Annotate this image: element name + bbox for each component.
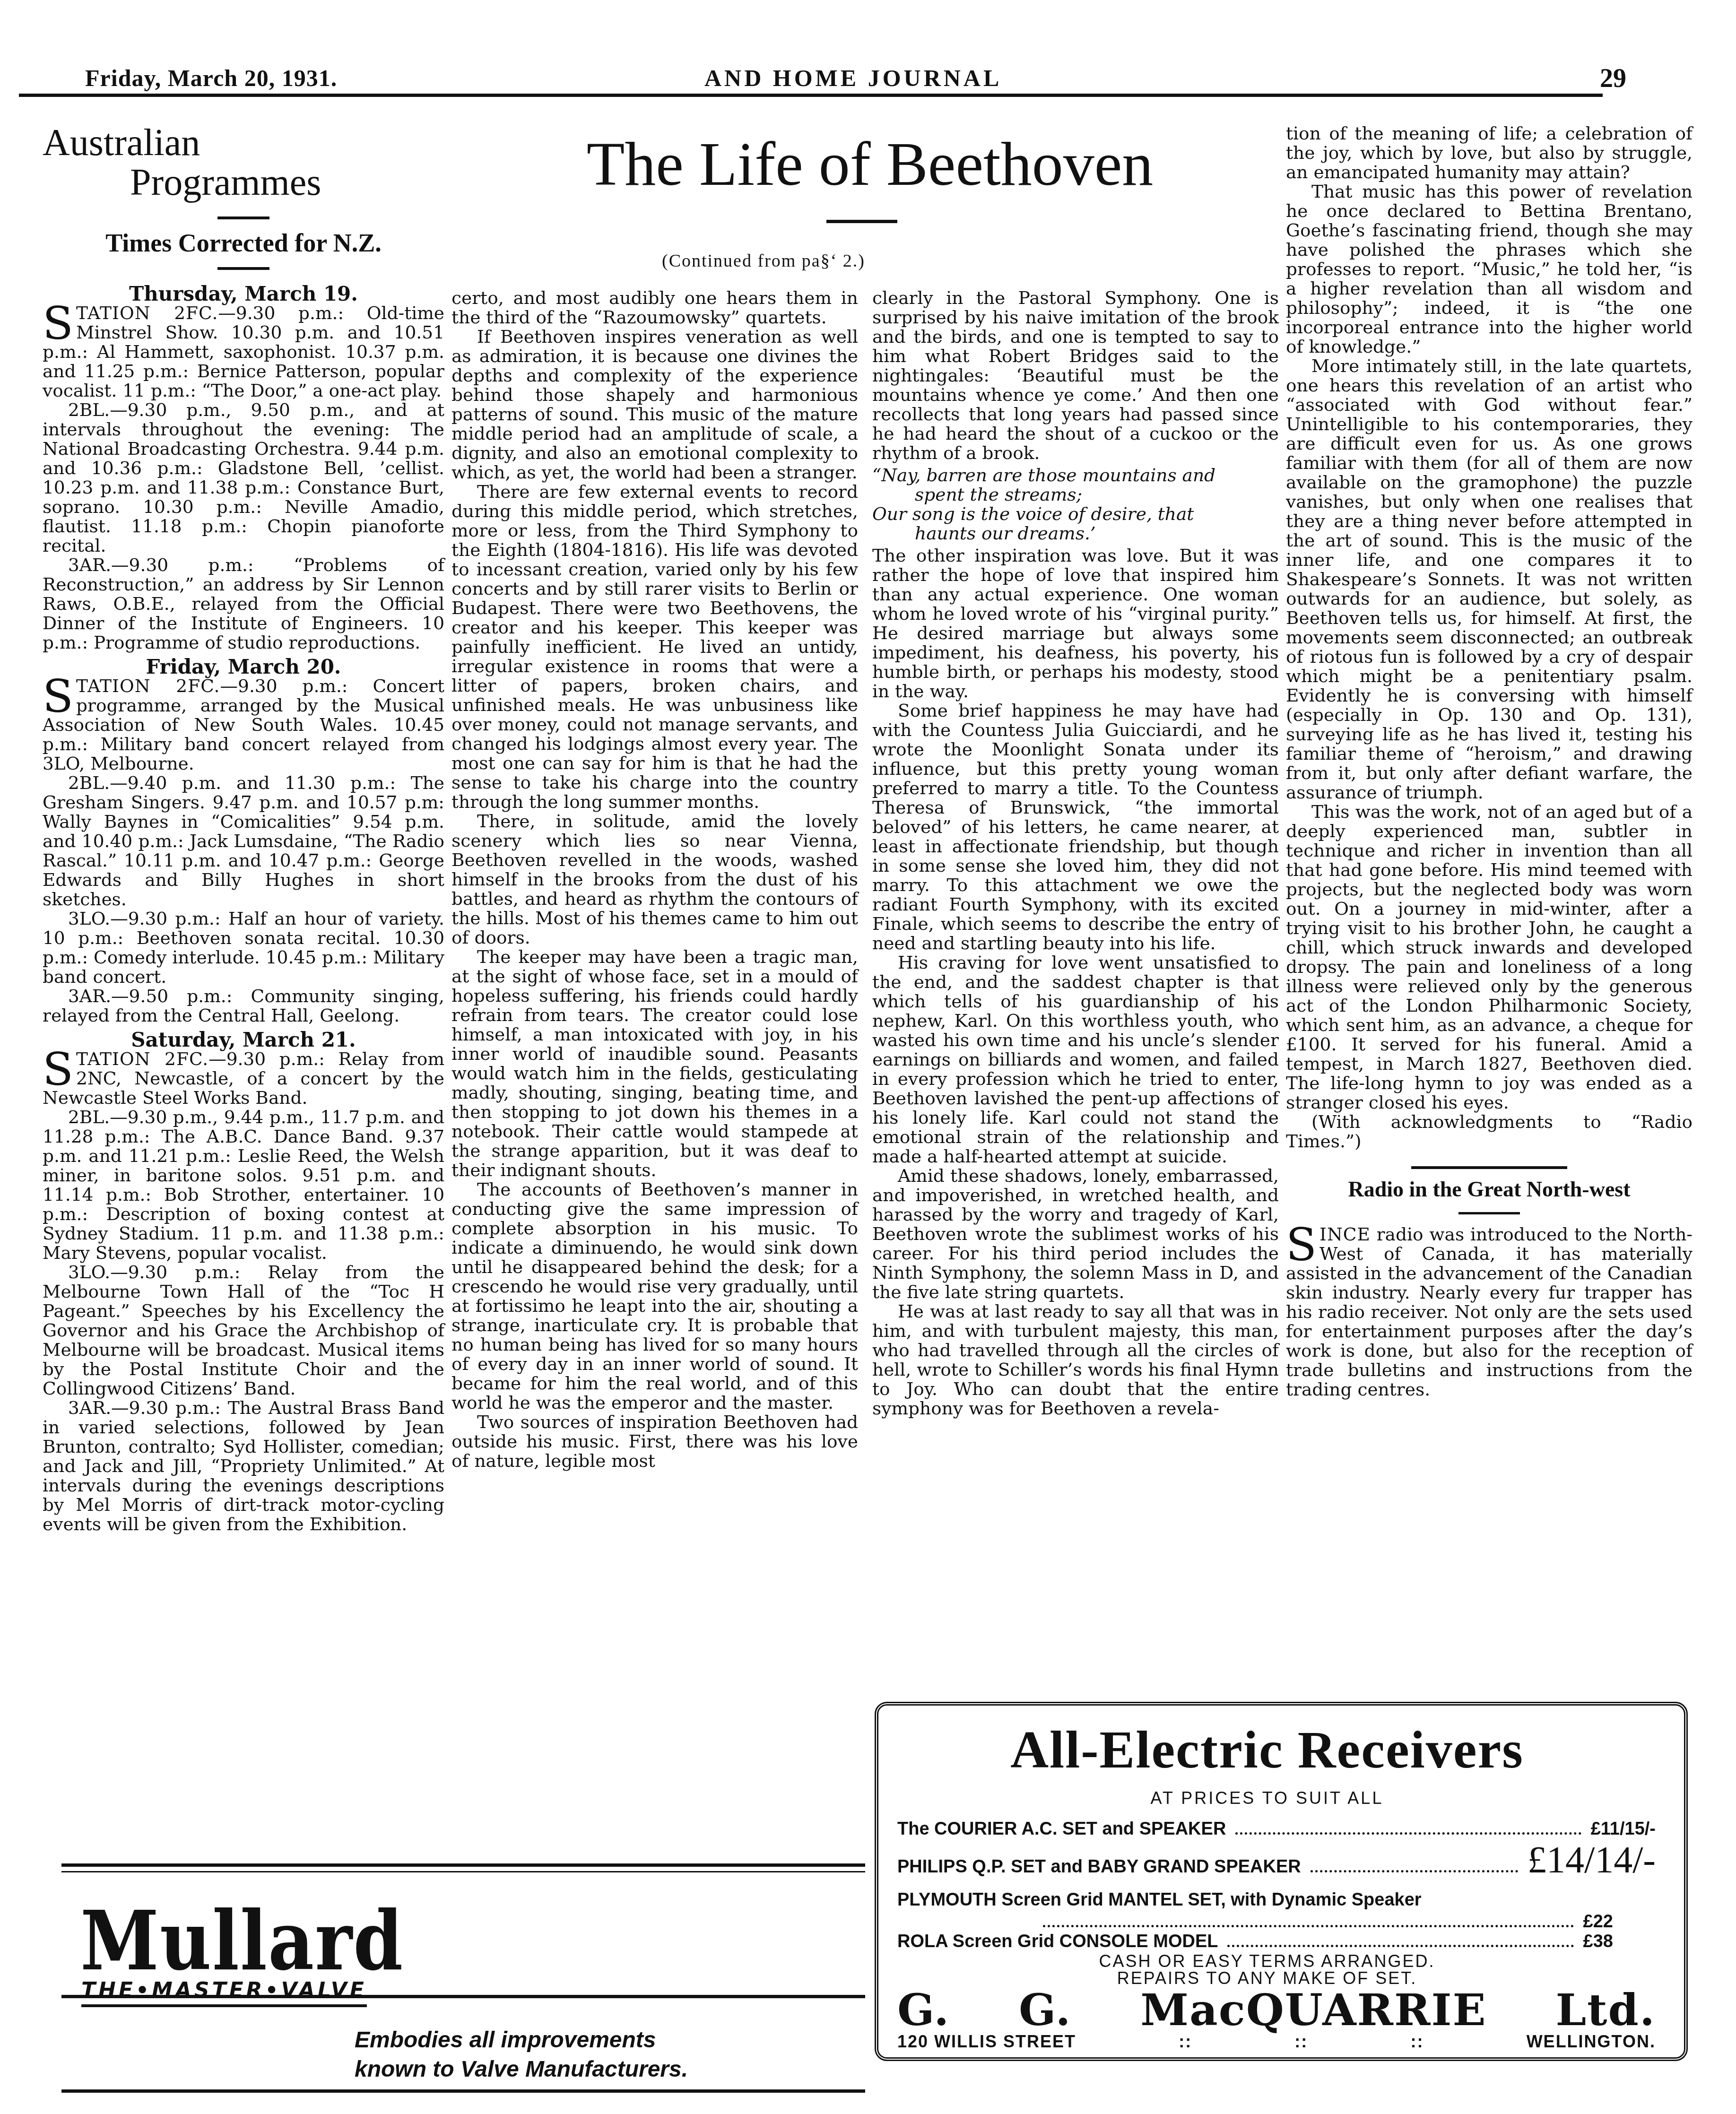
programme-entry: 3LO.—9.30 p.m.: Half an hour of variety.… — [43, 909, 444, 987]
programme-text: —9.30 p.m.: The Austral Brass Band in va… — [43, 1397, 444, 1534]
article-paragraph: Some brief happiness he may have had wit… — [872, 701, 1279, 953]
masthead-rule — [19, 94, 1603, 97]
article-paragraph: clearly in the Pastoral Symphony. One is… — [872, 288, 1279, 463]
programmes-subtitle: Times Corrected for N.Z. — [43, 234, 444, 253]
article-paragraph: Two sources of inspiration Beethoven had… — [451, 1412, 858, 1471]
firm-name: G. G. MacQUARRIE Ltd. — [897, 1984, 1656, 2036]
page-number: 29 — [1600, 63, 1626, 94]
station-name: 3AR. — [68, 1397, 111, 1418]
article-headline: The Life of Beethoven — [444, 128, 1295, 200]
article-paragraph: The keeper may have been a tragic man, a… — [451, 947, 858, 1180]
station-name: 2BL. — [68, 772, 110, 793]
verse-line: haunts our dreams.’ — [872, 524, 1279, 543]
price-row: Speaker £22 — [897, 1912, 1656, 1932]
programme-entry: 2BL.—9.30 p.m., 9.50 p.m., and at interv… — [43, 400, 444, 555]
radio-article-text: radio was introduced to the North-West o… — [1286, 1224, 1693, 1400]
mullard-tagline: THE•MASTER•VALVE — [81, 1978, 367, 2007]
article-column-2: certo, and most audibly one hears them i… — [451, 288, 858, 1471]
city: WELLINGTON. — [1527, 2032, 1656, 2052]
article-paragraph: More intimately still, in the late quart… — [1286, 356, 1693, 802]
article-paragraph: (With acknowledgments to “Radio Times.”) — [1286, 1112, 1693, 1151]
programme-days: Thursday, March 19.STATION 2FC.—9.30 p.m… — [43, 284, 444, 1534]
programme-entry: 3LO.—9.30 p.m.: Relay from the Melbourne… — [43, 1263, 444, 1398]
article-paragraph: The other inspiration was love. But it w… — [872, 546, 1279, 701]
day-heading: Saturday, March 21. — [43, 1030, 444, 1049]
issue-date: Friday, March 20, 1931. — [85, 64, 337, 92]
programme-text: —9.40 p.m. and 11.30 p.m.: The Gresham S… — [43, 772, 444, 910]
article-paragraph: tion of the meaning of life; a celebrati… — [1286, 124, 1693, 182]
leader-dots — [1235, 1832, 1581, 1835]
ad-rule — [61, 1871, 865, 1872]
col3-before-verse: clearly in the Pastoral Symphony. One is… — [872, 288, 1279, 463]
price-row: PLYMOUTH Screen Grid MANTEL SET, with Dy… — [897, 1890, 1488, 1910]
firm-address: 120 WILLIS STREET :: :: :: WELLINGTON. — [897, 2032, 1656, 2052]
item-price: £22 — [1583, 1912, 1656, 1932]
programme-entry: STATION 2FC.—9.30 p.m.: Concert programm… — [43, 676, 444, 773]
ad-title: All-Electric Receivers — [878, 1720, 1656, 1781]
item-price: £11/15/- — [1591, 1819, 1656, 1839]
divider — [217, 267, 269, 270]
mullard-slogan: Embodies all improvements known to Valve… — [355, 2026, 688, 2084]
programme-text: —9.30 p.m.: Relay from the Melbourne Tow… — [43, 1262, 444, 1399]
price-row: ROLA Screen Grid CONSOLE MODEL £38 — [897, 1932, 1656, 1952]
firm-part: G. — [1019, 1984, 1071, 2036]
item-price: £38 — [1583, 1932, 1656, 1952]
price-row: PHILIPS Q.P. SET and BABY GRAND SPEAKER … — [897, 1839, 1656, 1882]
article-paragraph: His craving for love went unsatisfied to… — [872, 953, 1279, 1166]
item-name: PLYMOUTH Screen Grid MANTEL SET, with Dy… — [897, 1890, 1422, 1910]
price-row: The COURIER A.C. SET and SPEAKER £11/15/… — [897, 1819, 1656, 1839]
slogan-line: Embodies all improvements — [355, 2026, 688, 2055]
firm-part: G. — [897, 1984, 950, 2036]
article-paragraph: He was at last ready to say all that was… — [872, 1302, 1279, 1418]
article-paragraph: The accounts of Beethoven’s manner in co… — [451, 1180, 858, 1412]
slogan-line: known to Valve Manufacturers. — [355, 2055, 688, 2084]
mullard-advertisement: Mullard THE•MASTER•VALVE Embodies all im… — [52, 1853, 870, 2099]
divider — [217, 217, 269, 219]
leader-dots — [1043, 1925, 1574, 1927]
station-name: 3AR. — [68, 554, 111, 575]
station-name: 3LO. — [68, 1262, 110, 1282]
verse-line: spent the streams; — [872, 485, 1279, 504]
newspaper-page: Friday, March 20, 1931. AND HOME JOURNAL… — [0, 0, 1736, 2114]
separator: :: — [1411, 2032, 1424, 2052]
programme-text: —9.30 p.m., 9.44 p.m., 11.7 p.m. and 11.… — [43, 1107, 444, 1263]
drop-cap: S — [43, 305, 73, 342]
programme-entry: STATION 2FC.—9.30 p.m.: Old-time Minstre… — [43, 303, 444, 400]
day-heading: Friday, March 20. — [43, 657, 444, 676]
article-paragraph: certo, and most audibly one hears them i… — [451, 288, 858, 327]
item-name: ROLA Screen Grid CONSOLE MODEL — [897, 1932, 1218, 1952]
leader-dots — [1311, 1870, 1518, 1872]
ad-rule — [61, 1995, 865, 1998]
item-name: The COURIER A.C. SET and SPEAKER — [897, 1819, 1226, 1839]
programme-entry: 3AR.—9.30 p.m.: “Problems of Reconstruct… — [43, 555, 444, 652]
verse-line: Our song is the voice of desire, that — [872, 504, 1279, 524]
mullard-brand: Mullard — [80, 1893, 404, 1989]
article-column-4: tion of the meaning of life; a celebrati… — [1286, 124, 1693, 1399]
firm-part: MacQUARRIE — [1140, 1984, 1486, 2036]
macquarrie-advertisement: All-Electric Receivers AT PRICES TO SUIT… — [875, 1702, 1688, 2061]
article-paragraph: There are few external events to record … — [451, 482, 858, 812]
station-name: 2BL. — [68, 399, 110, 420]
programme-entry: 3AR.—9.50 p.m.: Community singing, relay… — [43, 987, 444, 1025]
drop-cap: S — [43, 1051, 73, 1088]
programme-text: —9.30 p.m., 9.50 p.m., and at intervals … — [43, 399, 444, 556]
article-paragraph: There, in solitude, amid the lovely scen… — [451, 812, 858, 947]
programme-entry: STATION 2FC.—9.30 p.m.: Relay from 2NC, … — [43, 1049, 444, 1108]
divider — [1411, 1166, 1567, 1169]
programme-entry: 3AR.—9.30 p.m.: The Austral Brass Band i… — [43, 1398, 444, 1534]
programmes-title: Australian Programmes — [43, 123, 444, 202]
programmes-title-line2: Programmes — [43, 163, 444, 202]
firm-part: Ltd. — [1555, 1984, 1656, 2036]
lead-word: INCE — [1319, 1224, 1371, 1245]
drop-cap: S — [43, 678, 73, 715]
article-paragraph: This was the work, not of an aged but of… — [1286, 802, 1693, 1112]
station-name: 2BL. — [68, 1107, 110, 1127]
continued-note: (Continued from pa§ʻ 2.) — [662, 251, 865, 271]
australian-programmes-column: Australian Programmes Times Corrected fo… — [43, 123, 444, 1534]
drop-cap: S — [1286, 1227, 1317, 1264]
ad-rule — [61, 2089, 865, 2093]
article-paragraph: If Beethoven inspires veneration as well… — [451, 327, 858, 482]
poem-quote: “Nay, barren are those mountains and spe… — [872, 466, 1279, 543]
article-paragraph: Amid these shadows, lonely, embarrassed,… — [872, 1166, 1279, 1302]
separator: :: — [1179, 2032, 1192, 2052]
station-name: TATION 2FC. — [76, 303, 218, 323]
item-name: PHILIPS Q.P. SET and BABY GRAND SPEAKER — [897, 1857, 1301, 1877]
day-heading: Thursday, March 19. — [43, 284, 444, 303]
programme-entry: 2BL.—9.30 p.m., 9.44 p.m., 11.7 p.m. and… — [43, 1108, 444, 1263]
ad-subtitle: AT PRICES TO SUIT ALL — [878, 1788, 1656, 1808]
col4-body: tion of the meaning of life; a celebrati… — [1286, 124, 1693, 1151]
station-name: TATION 2FC. — [76, 676, 220, 696]
station-name: 3LO. — [68, 908, 110, 929]
col3-after-verse: The other inspiration was love. But it w… — [872, 546, 1279, 1418]
article-column-3: clearly in the Pastoral Symphony. One is… — [872, 288, 1279, 1418]
verse-line: “Nay, barren are those mountains and — [872, 466, 1279, 485]
headline-rule — [826, 220, 897, 223]
separator: :: — [1294, 2032, 1308, 2052]
programmes-title-line1: Australian — [43, 122, 200, 164]
item-price: £14/14/- — [1528, 1839, 1656, 1882]
masthead: Friday, March 20, 1931. AND HOME JOURNAL… — [80, 61, 1645, 94]
article-paragraph: That music has this power of revelation … — [1286, 182, 1693, 356]
radio-article-headline: Radio in the Great North-west — [1286, 1179, 1693, 1199]
leader-dots — [1227, 1945, 1573, 1947]
ad-rule — [61, 1863, 865, 1867]
station-name: TATION 2FC. — [76, 1048, 208, 1069]
divider — [1458, 1212, 1520, 1214]
street: 120 WILLIS STREET — [897, 2032, 1076, 2052]
journal-name: AND HOME JOURNAL — [704, 64, 1002, 92]
programme-entry: 2BL.—9.40 p.m. and 11.30 p.m.: The Gresh… — [43, 773, 444, 909]
radio-article-body: SINCE radio was introduced to the North-… — [1286, 1225, 1693, 1399]
station-name: 3AR. — [68, 986, 111, 1006]
